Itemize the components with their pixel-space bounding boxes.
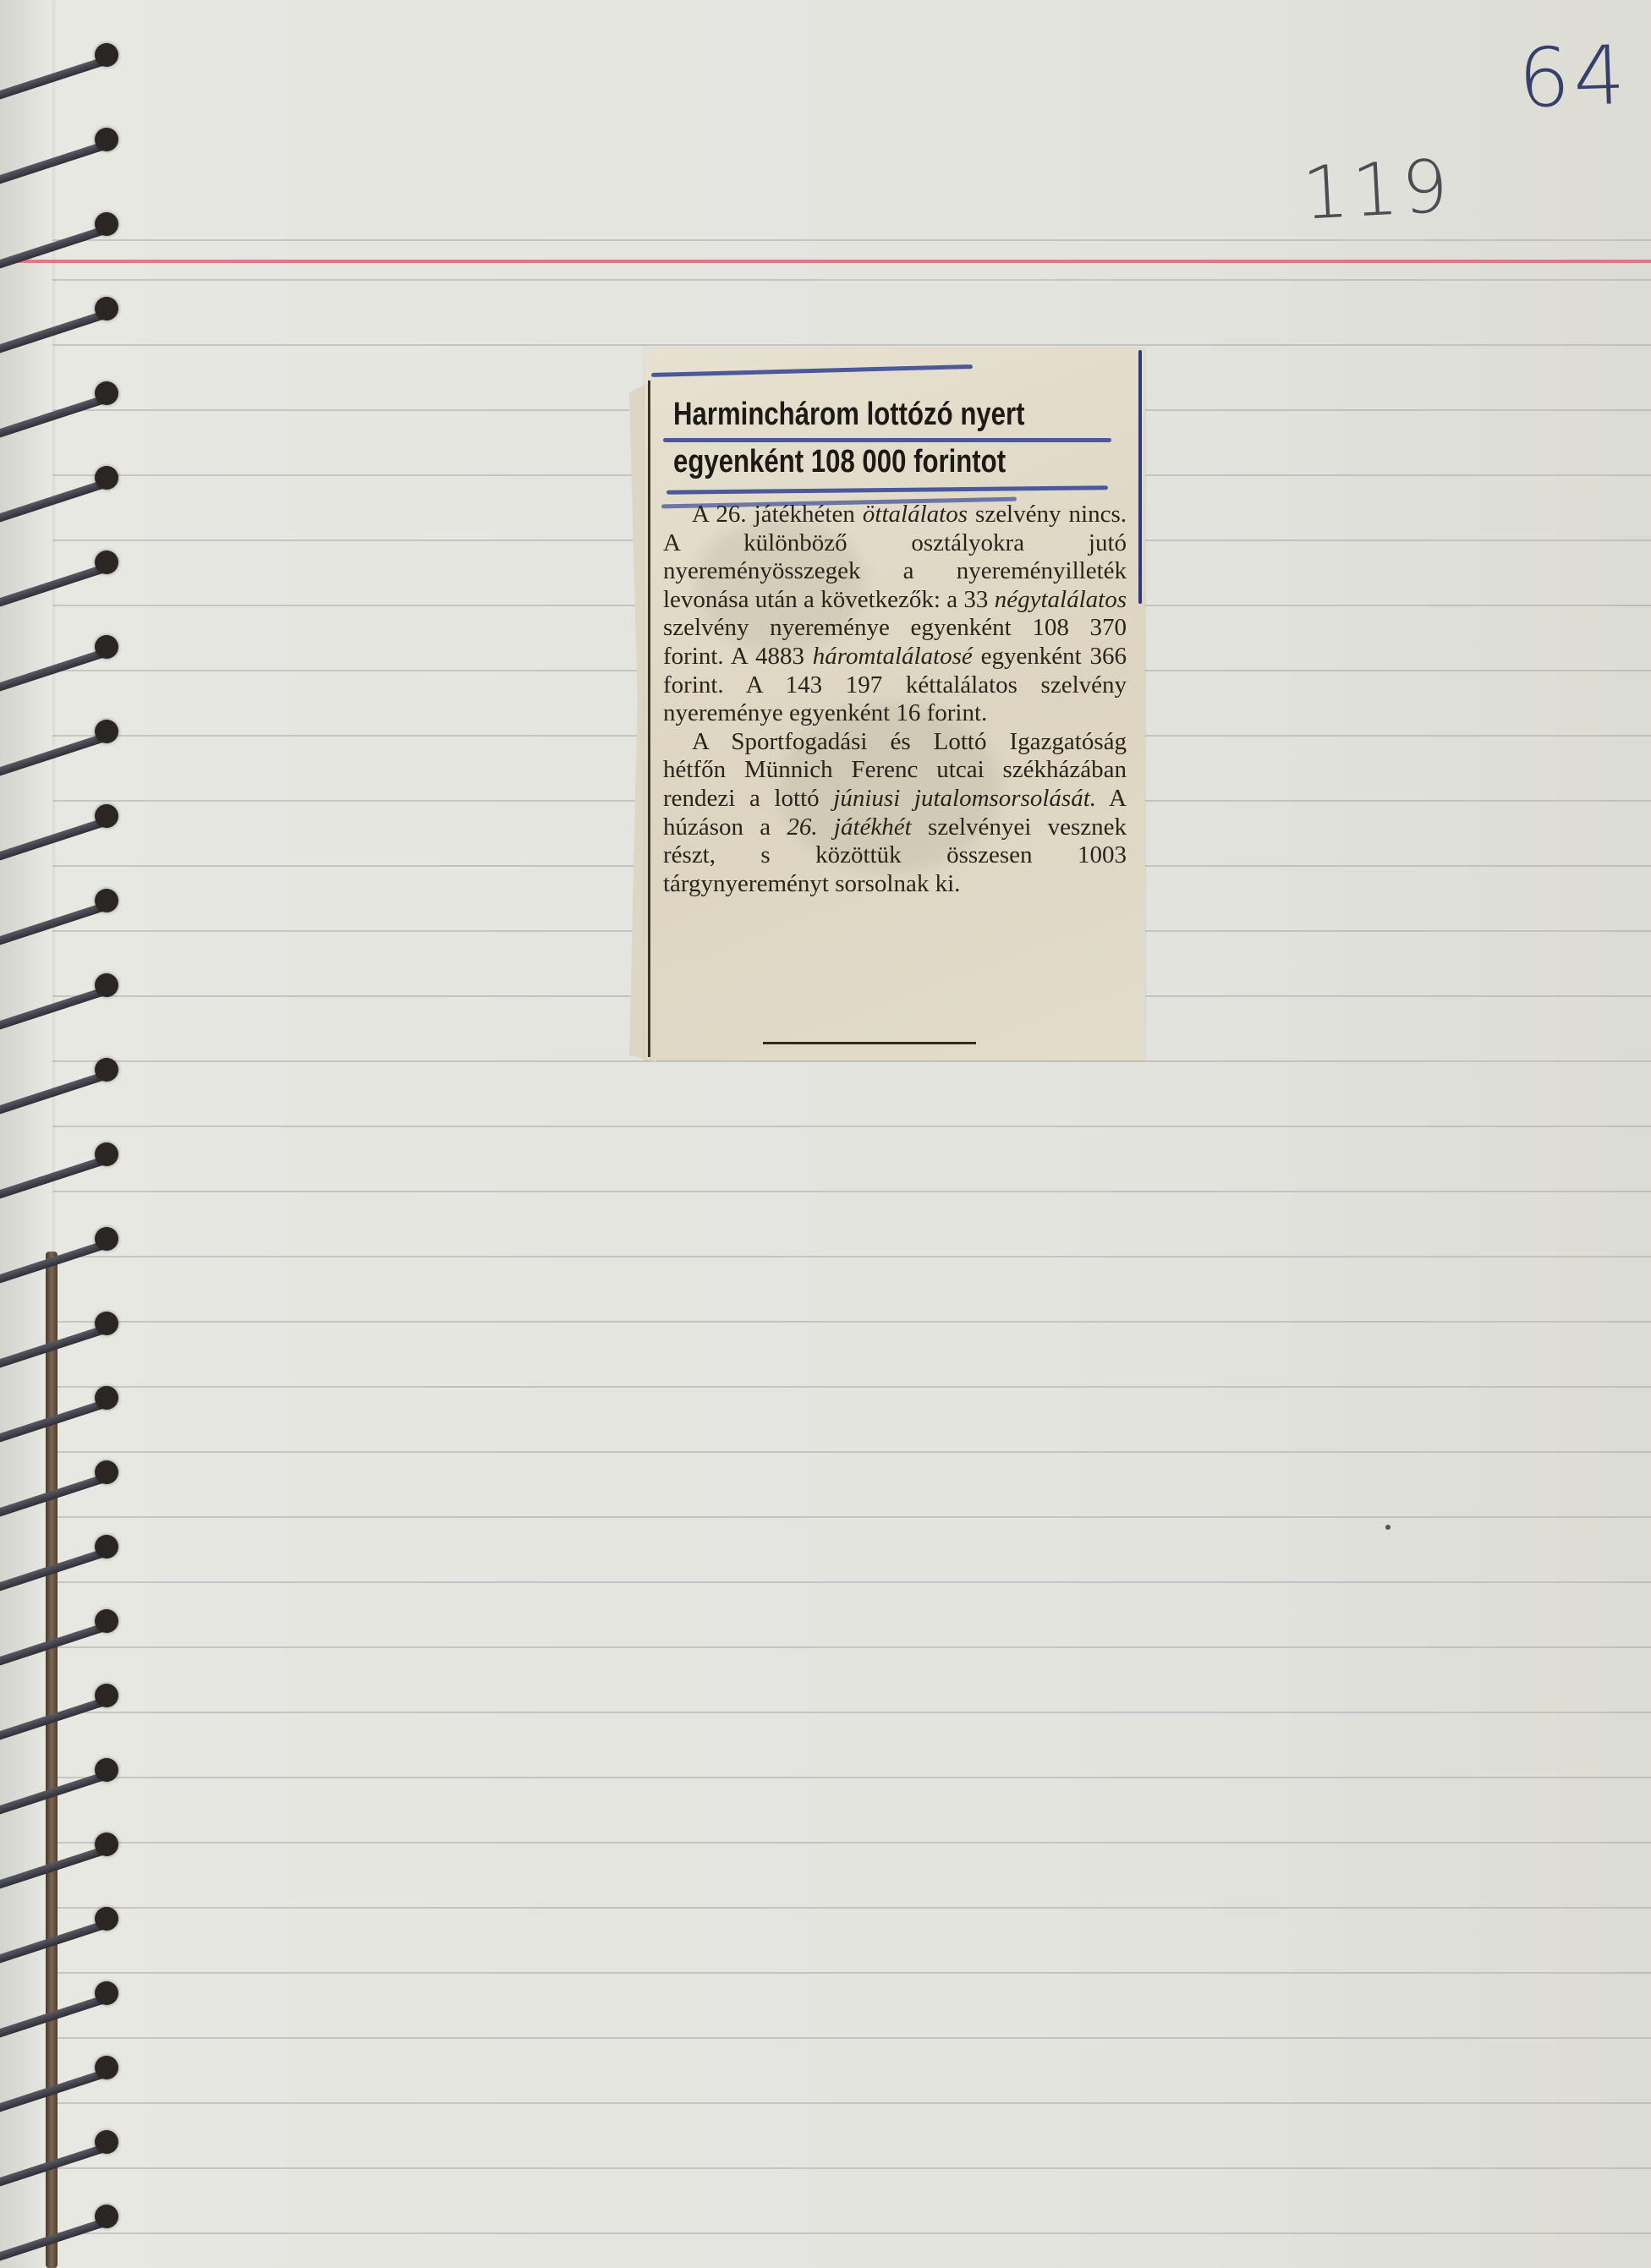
article-body: A 26. játékhéten öttalálatos szelvény ni… xyxy=(663,501,1127,898)
notebook-page: 64 119 Harminchárom lottózó nyert egyenk… xyxy=(0,0,1651,2268)
ruled-line xyxy=(52,1646,1651,1648)
spiral-ring xyxy=(0,1696,127,1706)
ruled-line xyxy=(52,1191,1651,1192)
page-number-primary: 119 xyxy=(1301,144,1454,236)
newspaper-clipping: Harminchárom lottózó nyert egyenként 108… xyxy=(644,348,1145,1060)
ruled-line xyxy=(52,1581,1651,1583)
ruled-line xyxy=(52,1712,1651,1713)
ruled-line xyxy=(52,2102,1651,2104)
ruled-line xyxy=(52,1321,1651,1323)
ruled-line xyxy=(52,1060,1651,1062)
spiral-ring xyxy=(0,224,127,234)
spiral-ring xyxy=(0,816,127,826)
spiral-ring xyxy=(0,478,127,488)
spiral-ring xyxy=(0,393,127,403)
article-paragraph: A 26. játékhéten öttalálatos szelvény ni… xyxy=(663,501,1127,728)
page-number-secondary: 64 xyxy=(1517,28,1630,126)
spiral-ring xyxy=(0,1154,127,1164)
article-paragraph: A Sportfogadási és Lottó Igazgatóság hét… xyxy=(663,728,1127,899)
pen-underline xyxy=(666,485,1108,494)
ruled-line xyxy=(52,2037,1651,2039)
spiral-ring xyxy=(0,1323,127,1334)
spiral-ring xyxy=(0,1472,127,1482)
spiral-ring xyxy=(0,1239,127,1249)
spiral-ring xyxy=(0,55,127,65)
spiral-ring xyxy=(0,1070,127,1080)
spiral-ring xyxy=(0,1844,127,1854)
ruled-line xyxy=(52,1777,1651,1778)
spiral-ring xyxy=(0,140,127,150)
spiral-ring xyxy=(0,562,127,572)
ruled-line xyxy=(52,1451,1651,1453)
pen-underline xyxy=(651,364,973,377)
spiral-ring xyxy=(0,731,127,742)
ruled-line xyxy=(52,1842,1651,1843)
spiral-ring xyxy=(0,647,127,657)
column-rule xyxy=(648,381,650,1057)
pen-underline xyxy=(663,438,1111,442)
spiral-ring xyxy=(0,1547,127,1557)
spiral-ring xyxy=(0,1770,127,1780)
spiral-ring xyxy=(0,1993,127,2003)
spiral-ring xyxy=(0,2068,127,2078)
end-rule xyxy=(763,1042,976,1044)
spiral-ring xyxy=(0,1398,127,1408)
spiral-ring xyxy=(0,2216,127,2227)
ruled-line xyxy=(52,2167,1651,2169)
ruled-line xyxy=(52,2232,1651,2234)
spiral-ring xyxy=(0,901,127,911)
spiral-ring xyxy=(0,1919,127,1929)
spiral-ring xyxy=(0,1621,127,1631)
ruled-line xyxy=(52,1516,1651,1518)
ruled-line xyxy=(52,1907,1651,1909)
headline-line-1: Harminchárom lottózó nyert xyxy=(673,391,1048,438)
ruled-line xyxy=(52,1256,1651,1257)
spiral-ring xyxy=(0,985,127,995)
ruled-line xyxy=(52,279,1651,281)
ink-speck xyxy=(1385,1525,1390,1530)
ruled-line xyxy=(52,344,1651,346)
spiral-ring xyxy=(0,2142,127,2152)
margin-red-line xyxy=(0,260,1651,263)
headline-line-2: egyenként 108 000 forintot xyxy=(673,438,1048,485)
ruled-line xyxy=(52,1386,1651,1388)
spiral-ring xyxy=(0,309,127,319)
pen-mark-right xyxy=(1138,350,1142,604)
ruled-line xyxy=(52,1972,1651,1974)
ruled-line xyxy=(52,1126,1651,1127)
